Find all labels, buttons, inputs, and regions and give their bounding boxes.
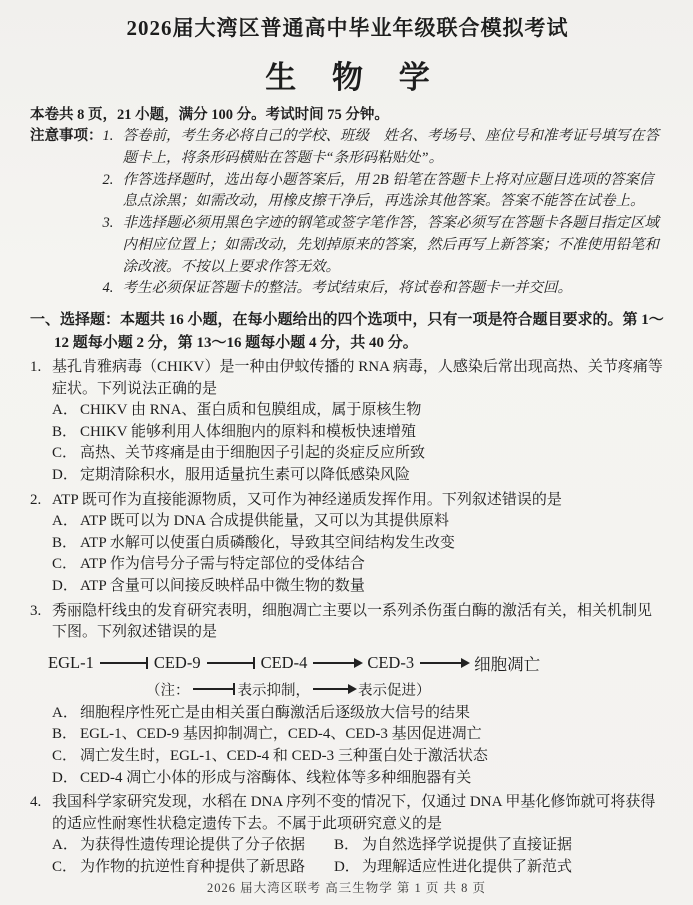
option-label: D． <box>52 768 80 790</box>
exam-title: 2026届大湾区普通高中毕业年级联合模拟考试 <box>30 12 665 42</box>
option-row: B． 为自然选择学说提供了直接证据 <box>334 835 665 857</box>
exam-page: 2026届大湾区普通高中毕业年级联合模拟考试 生 物 学 本卷共 8 页，21 … <box>0 0 693 905</box>
option-label: A． <box>52 511 80 533</box>
option-label: A． <box>52 703 80 725</box>
question-text: ATP 既可作为直接能源物质，又可作为神经递质发挥作用。下列叙述错误的是 <box>52 490 665 512</box>
option-label: C． <box>52 554 80 576</box>
option-text: 细胞程序性死亡是由相关蛋白酶激活后逐级放大信号的结果 <box>80 703 665 725</box>
notice-number: 2. <box>103 170 123 214</box>
question-text: 我国科学家研究发现，水稻在 DNA 序列不变的情况下，仅通过 DNA 甲基化修饰… <box>52 792 665 835</box>
question-number: 1. <box>30 357 52 400</box>
option-text: CHIKV 能够利用人体细胞内的原料和模板快速增殖 <box>80 422 665 444</box>
option-row: B． CHIKV 能够利用人体细胞内的原料和模板快速增殖 <box>52 422 665 444</box>
option-label: C． <box>52 746 80 768</box>
option-text: CHIKV 由 RNA、蛋白质和包膜组成，属于原核生物 <box>80 400 665 422</box>
option-row: A． 为获得性遗传理论提供了分子依据 <box>52 835 334 857</box>
notices-block: 注意事项： 1. 答卷前，考生务必将自己的学校、班级 姓名、考场号、座位号和准考… <box>30 126 665 300</box>
option-list: A． ATP 既可以为 DNA 合成提供能量，又可以为其提供原料 B． ATP … <box>52 511 665 597</box>
option-text: 为自然选择学说提供了直接证据 <box>362 835 665 857</box>
option-text: EGL-1、CED-9 基因抑制凋亡，CED-4、CED-3 基因促进凋亡 <box>80 724 665 746</box>
pathway-node: 细胞凋亡 <box>474 651 540 675</box>
question-stem: 3. 秀丽隐杆线虫的发育研究表明，细胞凋亡主要以一系列杀伤蛋白酶的激活有关，相关… <box>30 601 665 644</box>
option-text: 为获得性遗传理论提供了分子依据 <box>80 835 334 857</box>
option-text: CED-4 凋亡小体的形成与溶酶体、线粒体等多种细胞器有关 <box>80 768 665 790</box>
option-text: ATP 含量可以间接反映样品中微生物的数量 <box>80 576 665 598</box>
option-row: D． 为理解适应性进化提供了新范式 <box>334 857 665 879</box>
option-row: C． 为作物的抗逆性育种提供了新思路 <box>52 857 334 879</box>
option-label: A． <box>52 400 80 422</box>
option-text: 高热、关节疼痛是由于细胞因子引起的炎症反应所致 <box>80 443 665 465</box>
notice-text: 作答选择题时，选出每小题答案后，用 2B 铅笔在答题卡上将对应题目选项的答案信息… <box>123 170 666 214</box>
question-text: 秀丽隐杆线虫的发育研究表明，细胞凋亡主要以一系列杀伤蛋白酶的激活有关，相关机制见… <box>52 601 665 644</box>
notice-item: 3. 非选择题必须用黑色字迹的钢笔或签字笔作答，答案必须写在答题卡各题目指定区域… <box>103 213 666 278</box>
option-row: C． ATP 作为信号分子需与特定部位的受体结合 <box>52 554 665 576</box>
inhibit-arrow-icon <box>193 688 235 690</box>
question-text: 基孔肯雅病毒（CHIKV）是一种由伊蚊传播的 RNA 病毒，人感染后常出现高热、… <box>52 357 665 400</box>
option-text: 为理解适应性进化提供了新范式 <box>362 857 665 879</box>
notice-number: 1. <box>103 126 123 170</box>
option-list: A． 细胞程序性死亡是由相关蛋白酶激活后逐级放大信号的结果 B． EGL-1、C… <box>52 703 665 789</box>
option-label: D． <box>334 857 362 879</box>
option-label: A． <box>52 835 80 857</box>
question-block-3: 3. 秀丽隐杆线虫的发育研究表明，细胞凋亡主要以一系列杀伤蛋白酶的激活有关，相关… <box>30 601 665 790</box>
option-label: B． <box>334 835 362 857</box>
option-label: B． <box>52 533 80 555</box>
option-row: A． 细胞程序性死亡是由相关蛋白酶激活后逐级放大信号的结果 <box>52 703 665 725</box>
option-label: B． <box>52 724 80 746</box>
note-promote-label: 表示促进） <box>358 679 431 700</box>
option-text: ATP 水解可以使蛋白质磷酸化，导致其空间结构发生改变 <box>80 533 665 555</box>
notice-text: 答卷前，考生务必将自己的学校、班级 姓名、考场号、座位号和准考证号填写在答题卡上… <box>123 126 666 170</box>
inhibit-arrow-icon <box>100 662 148 664</box>
option-text: 定期清除积水，服用适量抗生素可以降低感染风险 <box>80 465 665 487</box>
note-prefix: （注： <box>146 679 190 700</box>
question-number: 4. <box>30 792 52 835</box>
option-row: C． 凋亡发生时，EGL-1、CED-4 和 CED-3 三种蛋白处于激活状态 <box>52 746 665 768</box>
option-row: D． CED-4 凋亡小体的形成与溶酶体、线粒体等多种细胞器有关 <box>52 768 665 790</box>
question-stem: 4. 我国科学家研究发现，水稻在 DNA 序列不变的情况下，仅通过 DNA 甲基… <box>30 792 665 835</box>
note-inhibit-label: 表示抑制， <box>238 679 311 700</box>
notice-item: 2. 作答选择题时，选出每小题答案后，用 2B 铅笔在答题卡上将对应题目选项的答… <box>103 170 666 214</box>
exam-meta: 本卷共 8 页，21 小题，满分 100 分。考试时间 75 分钟。 <box>30 105 665 126</box>
subject-title: 生 物 学 <box>30 52 665 97</box>
page-footer: 2026 届大湾区联考 高三生物学 第 1 页 共 8 页 <box>0 878 693 896</box>
option-list: A． 为获得性遗传理论提供了分子依据 B． 为自然选择学说提供了直接证据 C． … <box>52 835 665 878</box>
option-row: B． EGL-1、CED-9 基因抑制凋亡，CED-4、CED-3 基因促进凋亡 <box>52 724 665 746</box>
pathway-node: CED-3 <box>367 653 414 673</box>
pathway-note: （注： 表示抑制， 表示促进） <box>146 679 665 700</box>
option-row: D． 定期清除积水，服用适量抗生素可以降低感染风险 <box>52 465 665 487</box>
option-label: D． <box>52 576 80 598</box>
option-label: C． <box>52 443 80 465</box>
question-block-4: 4. 我国科学家研究发现，水稻在 DNA 序列不变的情况下，仅通过 DNA 甲基… <box>30 792 665 878</box>
notice-number: 4. <box>103 278 123 300</box>
notices-label: 注意事项： <box>30 126 103 300</box>
option-text: 凋亡发生时，EGL-1、CED-4 和 CED-3 三种蛋白处于激活状态 <box>80 746 665 768</box>
question-number: 2. <box>30 490 52 512</box>
option-row: C． 高热、关节疼痛是由于细胞因子引起的炎症反应所致 <box>52 443 665 465</box>
option-label: B． <box>52 422 80 444</box>
inhibit-arrow-icon <box>207 662 255 664</box>
promote-arrow-icon <box>313 688 355 690</box>
option-row: A． CHIKV 由 RNA、蛋白质和包膜组成，属于原核生物 <box>52 400 665 422</box>
option-list: A． CHIKV 由 RNA、蛋白质和包膜组成，属于原核生物 B． CHIKV … <box>52 400 665 486</box>
notice-number: 3. <box>103 213 123 278</box>
pathway-node: CED-9 <box>154 653 201 673</box>
notice-item: 1. 答卷前，考生务必将自己的学校、班级 姓名、考场号、座位号和准考证号填写在答… <box>103 126 666 170</box>
question-block-1: 1. 基孔肯雅病毒（CHIKV）是一种由伊蚊传播的 RNA 病毒，人感染后常出现… <box>30 357 665 487</box>
question-stem: 2. ATP 既可作为直接能源物质，又可作为神经递质发挥作用。下列叙述错误的是 <box>30 490 665 512</box>
option-label: C． <box>52 857 80 879</box>
question-stem: 1. 基孔肯雅病毒（CHIKV）是一种由伊蚊传播的 RNA 病毒，人感染后常出现… <box>30 357 665 400</box>
question-block-2: 2. ATP 既可作为直接能源物质，又可作为神经递质发挥作用。下列叙述错误的是 … <box>30 490 665 598</box>
option-label: D． <box>52 465 80 487</box>
option-text: ATP 作为信号分子需与特定部位的受体结合 <box>80 554 665 576</box>
apoptosis-pathway-diagram: EGL-1 CED-9 CED-4 CED-3 细胞凋亡 <box>48 651 665 675</box>
option-row: D． ATP 含量可以间接反映样品中微生物的数量 <box>52 576 665 598</box>
notice-text: 非选择题必须用黑色字迹的钢笔或签字笔作答，答案必须写在答题卡各题目指定区域内相应… <box>123 213 666 278</box>
question-number: 3. <box>30 601 52 644</box>
option-row: B． ATP 水解可以使蛋白质磷酸化，导致其空间结构发生改变 <box>52 533 665 555</box>
pathway-node: EGL-1 <box>48 653 94 673</box>
pathway-node: CED-4 <box>261 653 308 673</box>
notice-text: 考生必须保证答题卡的整洁。考试结束后，将试卷和答题卡一并交回。 <box>123 278 666 300</box>
option-text: ATP 既可以为 DNA 合成提供能量，又可以为其提供原料 <box>80 511 665 533</box>
promote-arrow-icon <box>313 662 361 664</box>
promote-arrow-icon <box>420 662 468 664</box>
option-row: A． ATP 既可以为 DNA 合成提供能量，又可以为其提供原料 <box>52 511 665 533</box>
notice-list: 1. 答卷前，考生务必将自己的学校、班级 姓名、考场号、座位号和准考证号填写在答… <box>103 126 666 300</box>
option-text: 为作物的抗逆性育种提供了新思路 <box>80 857 334 879</box>
section-heading: 一、选择题：本题共 16 小题，在每小题给出的四个选项中，只有一项是符合题目要求… <box>30 309 665 354</box>
notice-item: 4. 考生必须保证答题卡的整洁。考试结束后，将试卷和答题卡一并交回。 <box>103 278 666 300</box>
